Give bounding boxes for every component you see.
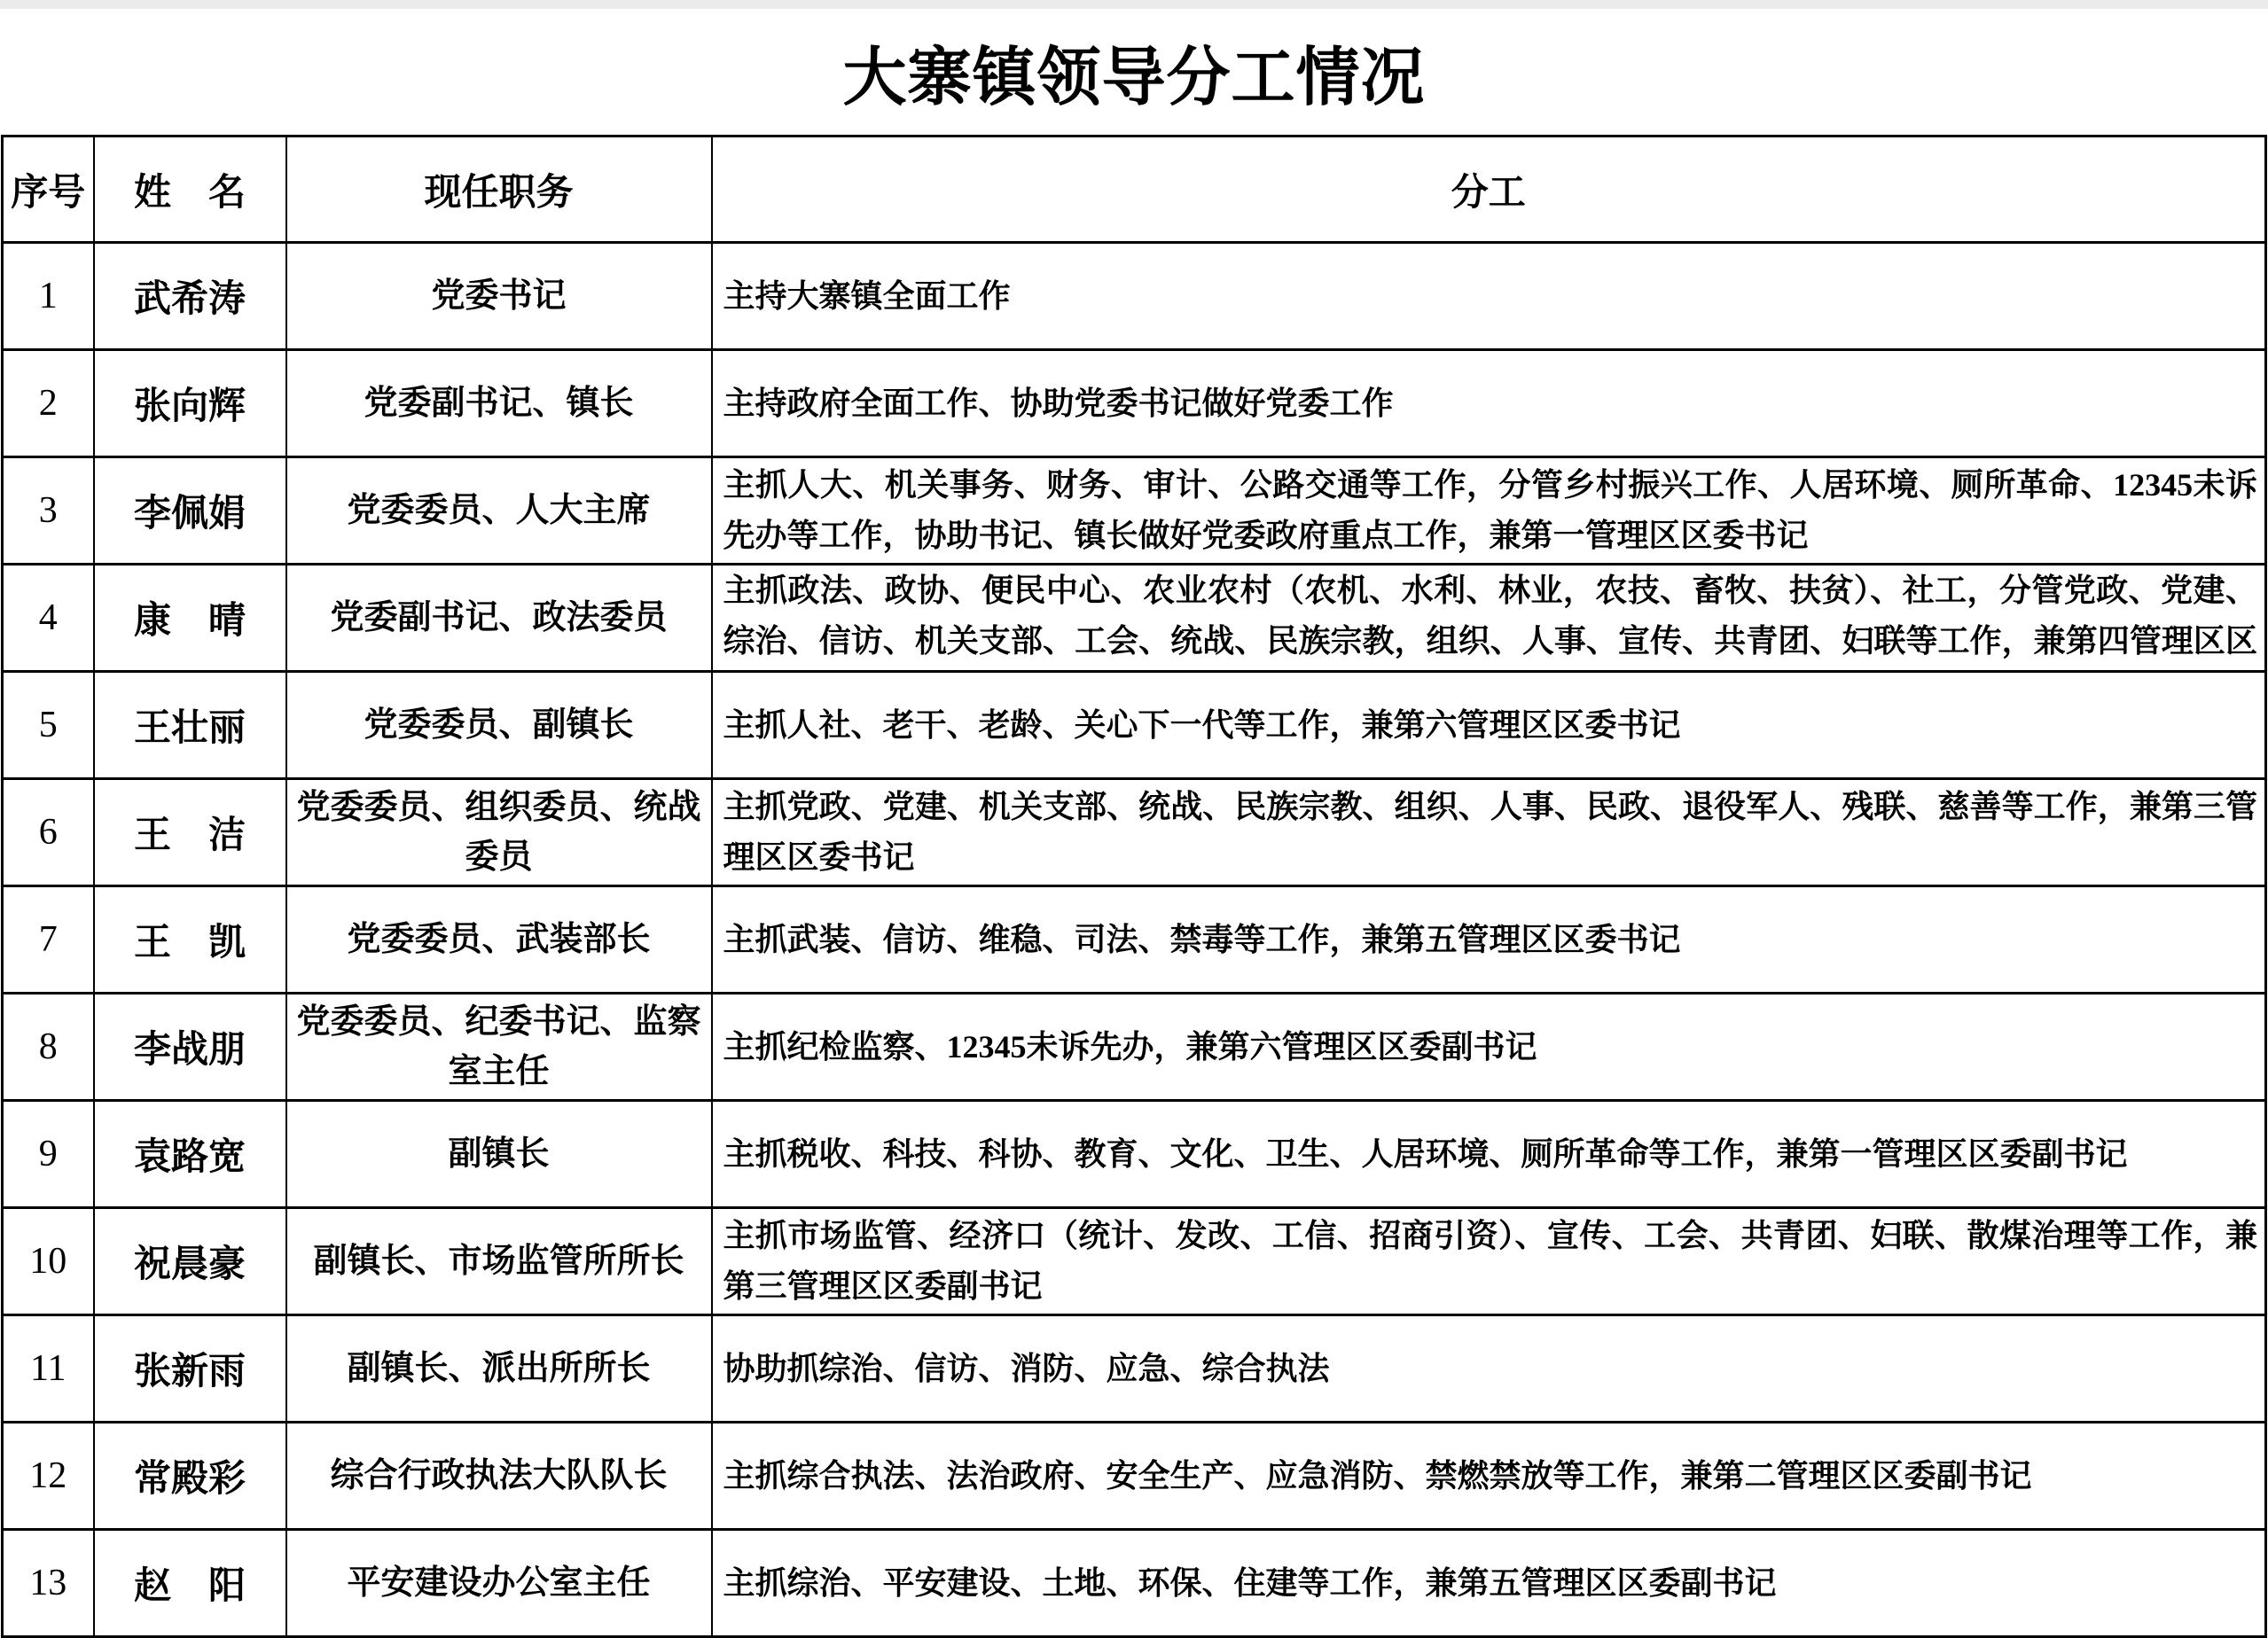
duty-text: 协助抓综治、信访、消防、应急、综合执法 [723,1344,2258,1394]
row-number: 2 [3,350,94,457]
row-number: 8 [3,994,94,1101]
header-row: 序号 姓 名 现任职务 分工 [3,136,2266,243]
leader-position: 副镇长、市场监管所所长 [286,1208,712,1315]
duty-text: 主抓税收、科技、科协、教育、文化、卫生、人居环境、厕所革命等工作，兼第一管理区区… [723,1129,2258,1180]
leader-position: 党委委员、组织委员、统战委员 [286,779,712,886]
table-row: 4 康 晴 党委副书记、政法委员 主抓政法、政协、便民中心、农业农村（农机、水利… [3,565,2266,672]
leader-duty: 主抓人大、机关事务、财务、审计、公路交通等工作，分管乡村振兴工作、人居环境、厕所… [712,457,2266,565]
table-row: 7 王 凯 党委委员、武装部长 主抓武装、信访、维稳、司法、禁毒等工作，兼第五管… [3,886,2266,994]
leader-duty: 主抓市场监管、经济口（统计、发改、工信、招商引资）、宣传、工会、共青团、妇联、散… [712,1208,2266,1315]
duty-text: 主持大寨镇全面工作 [723,271,2258,322]
leader-name: 李战朋 [94,994,286,1101]
row-number: 7 [3,886,94,994]
leader-position: 党委副书记、政法委员 [286,565,712,672]
duty-cell-box: 主抓党政、党建、机关支部、统战、民族宗教、组织、人事、民政、退役军人、残联、慈善… [713,780,2265,885]
leader-name: 王 洁 [94,779,286,886]
duty-cell-box: 主抓人大、机关事务、财务、审计、公路交通等工作，分管乡村振兴工作、人居环境、厕所… [713,458,2265,563]
duty-text: 主抓市场监管、经济口（统计、发改、工信、招商引资）、宣传、工会、共青团、妇联、散… [723,1211,2258,1312]
row-number: 1 [3,243,94,350]
table-row: 9 袁路宽 副镇长 主抓税收、科技、科协、教育、文化、卫生、人居环境、厕所革命等… [3,1101,2266,1208]
leader-name: 王壮丽 [94,672,286,779]
header-position: 现任职务 [286,136,712,243]
duty-cell-box: 主抓税收、科技、科协、教育、文化、卫生、人居环境、厕所革命等工作，兼第一管理区区… [713,1102,2265,1206]
leader-position: 党委委员、纪委书记、监察室主任 [286,994,712,1101]
row-number: 11 [3,1315,94,1423]
header-duty: 分工 [712,136,2266,243]
leader-position: 综合行政执法大队队长 [286,1423,712,1530]
duty-text: 主抓综治、平安建设、土地、环保、住建等工作，兼第五管理区区委副书记 [723,1558,2258,1609]
leader-duty: 主持政府全面工作、协助党委书记做好党委工作 [712,350,2266,457]
duty-text: 主持政府全面工作、协助党委书记做好党委工作 [723,378,2258,429]
duty-cell-box: 主持政府全面工作、协助党委书记做好党委工作 [713,351,2265,456]
duty-text: 主抓武装、信访、维稳、司法、禁毒等工作，兼第五管理区区委书记 [723,915,2258,965]
leader-position: 党委委员、人大主席 [286,457,712,565]
leader-duty: 主抓党政、党建、机关支部、统战、民族宗教、组织、人事、民政、退役军人、残联、慈善… [712,779,2266,886]
table-row: 1 武希涛 党委书记 主持大寨镇全面工作 [3,243,2266,350]
window-edge-strip [0,0,2268,9]
leader-duty: 主抓武装、信访、维稳、司法、禁毒等工作，兼第五管理区区委书记 [712,886,2266,994]
leader-name: 康 晴 [94,565,286,672]
table-row: 10 祝晨豪 副镇长、市场监管所所长 主抓市场监管、经济口（统计、发改、工信、招… [3,1208,2266,1315]
duty-cell-box: 主抓综合执法、法治政府、安全生产、应急消防、禁燃禁放等工作，兼第二管理区区委副书… [713,1423,2265,1528]
header-no: 序号 [3,136,94,243]
duty-text: 主抓人大、机关事务、财务、审计、公路交通等工作，分管乡村振兴工作、人居环境、厕所… [723,460,2258,561]
leader-duty: 主抓人社、老干、老龄、关心下一代等工作，兼第六管理区区委书记 [712,672,2266,779]
leader-duty: 主抓纪检监察、12345未诉先办，兼第六管理区区委副书记 [712,994,2266,1101]
leader-position: 党委委员、武装部长 [286,886,712,994]
duty-text: 主抓党政、党建、机关支部、统战、民族宗教、组织、人事、民政、退役军人、残联、慈善… [723,782,2258,883]
row-number: 4 [3,565,94,672]
header-name: 姓 名 [94,136,286,243]
leadership-table: 序号 姓 名 现任职务 分工 1 武希涛 党委书记 主持大寨镇全面工作 2 张向… [1,135,2267,1638]
table-row: 3 李佩娟 党委委员、人大主席 主抓人大、机关事务、财务、审计、公路交通等工作，… [3,457,2266,565]
row-number: 9 [3,1101,94,1208]
leader-name: 赵 阳 [94,1530,286,1637]
leader-position: 党委书记 [286,243,712,350]
duty-cell-box: 主抓人社、老干、老龄、关心下一代等工作，兼第六管理区区委书记 [713,673,2265,777]
table-row: 5 王壮丽 党委委员、副镇长 主抓人社、老干、老龄、关心下一代等工作，兼第六管理… [3,672,2266,779]
leader-duty: 主抓综治、平安建设、土地、环保、住建等工作，兼第五管理区区委副书记 [712,1530,2266,1637]
leader-duty: 主持大寨镇全面工作 [712,243,2266,350]
page-title: 大寨镇领导分工情况 [0,9,2268,135]
leader-position: 党委副书记、镇长 [286,350,712,457]
leader-name: 张新雨 [94,1315,286,1423]
leader-name: 袁路宽 [94,1101,286,1208]
leader-name: 王 凯 [94,886,286,994]
leader-duty: 主抓综合执法、法治政府、安全生产、应急消防、禁燃禁放等工作，兼第二管理区区委副书… [712,1423,2266,1530]
table-row: 12 常殿彩 综合行政执法大队队长 主抓综合执法、法治政府、安全生产、应急消防、… [3,1423,2266,1530]
leader-position: 副镇长 [286,1101,712,1208]
duty-cell-box: 主抓综治、平安建设、土地、环保、住建等工作，兼第五管理区区委副书记 [713,1531,2265,1635]
leader-name: 李佩娟 [94,457,286,565]
row-number: 13 [3,1530,94,1637]
leader-duty: 协助抓综治、信访、消防、应急、综合执法 [712,1315,2266,1423]
leader-duty: 主抓税收、科技、科协、教育、文化、卫生、人居环境、厕所革命等工作，兼第一管理区区… [712,1101,2266,1208]
table-row: 2 张向辉 党委副书记、镇长 主持政府全面工作、协助党委书记做好党委工作 [3,350,2266,457]
row-number: 3 [3,457,94,565]
leader-duty: 主抓政法、政协、便民中心、农业农村（农机、水利、林业，农技、畜牧、扶贫）、社工，… [712,565,2266,672]
duty-text: 主抓纪检监察、12345未诉先办，兼第六管理区区委副书记 [723,1022,2258,1072]
duty-cell-box: 主持大寨镇全面工作 [713,244,2265,348]
duty-cell-box: 主抓政法、政协、便民中心、农业农村（农机、水利、林业，农技、畜牧、扶贫）、社工，… [713,565,2265,670]
row-number: 6 [3,779,94,886]
duty-cell-box: 主抓市场监管、经济口（统计、发改、工信、招商引资）、宣传、工会、共青团、妇联、散… [713,1209,2265,1314]
leader-name: 常殿彩 [94,1423,286,1530]
leader-position: 党委委员、副镇长 [286,672,712,779]
table-header: 序号 姓 名 现任职务 分工 [3,136,2266,243]
leader-name: 武希涛 [94,243,286,350]
table-body: 1 武希涛 党委书记 主持大寨镇全面工作 2 张向辉 党委副书记、镇长 主持政府… [3,243,2266,1637]
leader-name: 张向辉 [94,350,286,457]
leader-position: 副镇长、派出所所长 [286,1315,712,1423]
duty-text: 主抓政法、政协、便民中心、农业农村（农机、水利、林业，农技、畜牧、扶贫）、社工，… [723,565,2258,670]
table-row: 11 张新雨 副镇长、派出所所长 协助抓综治、信访、消防、应急、综合执法 [3,1315,2266,1423]
table-row: 13 赵 阳 平安建设办公室主任 主抓综治、平安建设、土地、环保、住建等工作，兼… [3,1530,2266,1637]
leader-name: 祝晨豪 [94,1208,286,1315]
duty-cell-box: 主抓纪检监察、12345未诉先办，兼第六管理区区委副书记 [713,994,2265,1099]
leader-position: 平安建设办公室主任 [286,1530,712,1637]
row-number: 12 [3,1423,94,1530]
row-number: 5 [3,672,94,779]
table-row: 6 王 洁 党委委员、组织委员、统战委员 主抓党政、党建、机关支部、统战、民族宗… [3,779,2266,886]
duty-text: 主抓综合执法、法治政府、安全生产、应急消防、禁燃禁放等工作，兼第二管理区区委副书… [723,1451,2258,1501]
duty-cell-box: 主抓武装、信访、维稳、司法、禁毒等工作，兼第五管理区区委书记 [713,887,2265,992]
row-number: 10 [3,1208,94,1315]
duty-cell-box: 协助抓综治、信访、消防、应急、综合执法 [713,1316,2265,1421]
duty-text: 主抓人社、老干、老龄、关心下一代等工作，兼第六管理区区委书记 [723,700,2258,751]
table-row: 8 李战朋 党委委员、纪委书记、监察室主任 主抓纪检监察、12345未诉先办，兼… [3,994,2266,1101]
